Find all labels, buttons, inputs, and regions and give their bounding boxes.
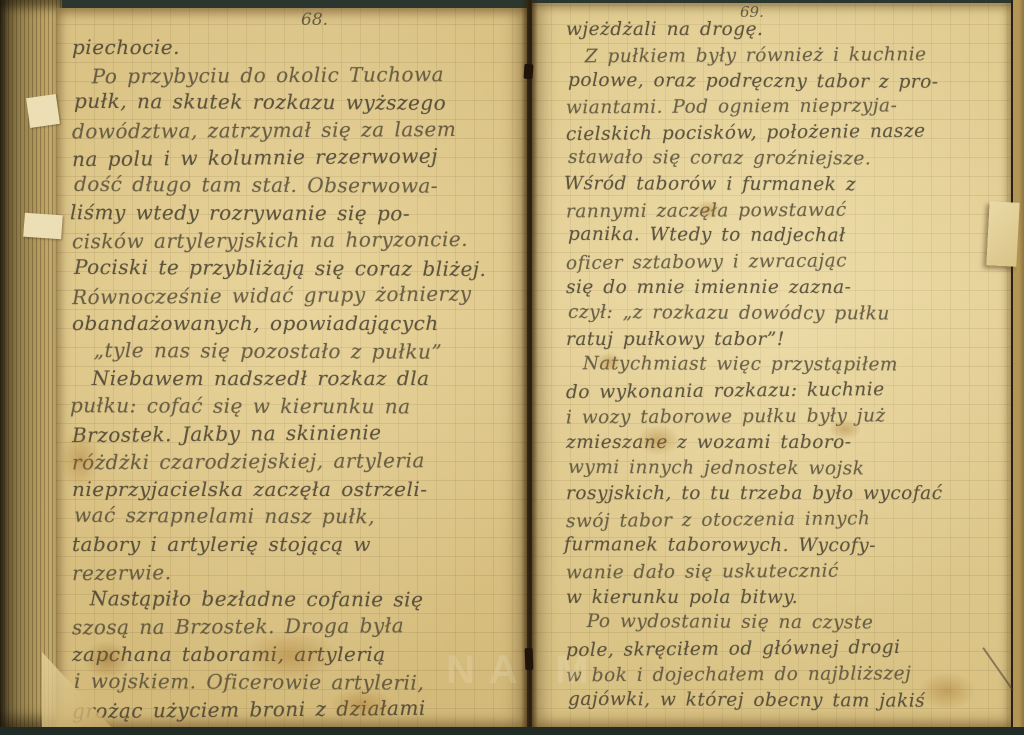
handwritten-line: piechocie. [72, 34, 527, 62]
handwritten-line: na polu i w kolumnie rezerwowej [72, 142, 527, 174]
handwritten-line: grożąc użyciem broni z działami [72, 694, 527, 726]
handwritten-line: Pociski te przybliżają się coraz bliżej. [74, 254, 527, 284]
handwritten-line: swój tabor z otoczenia innych [566, 505, 1012, 535]
right-page-edge [1011, 0, 1024, 728]
handwritten-line: dowództwa, zatrzymał się za lasem [72, 115, 527, 145]
page-number-left: 68. [301, 10, 328, 30]
handwritten-line: Natychmiast więc przystąpiłem [564, 352, 1010, 379]
handwritten-line: Po wydostaniu się na czyste [568, 609, 1012, 637]
handwritten-line: tabory i artylerię stojącą w [72, 531, 527, 559]
handwritten-line: cielskich pocisków, położenie nasze [566, 118, 1012, 148]
handwritten-line: w kierunku pola bitwy. [566, 585, 1012, 611]
handwritten-line: Po przybyciu do okolic Tuchowa [72, 60, 527, 90]
handwritten-line: dość długo tam stał. Obserwowa- [74, 171, 527, 201]
handwritten-line: do wykonania rozkazu: kuchnie [566, 376, 1012, 406]
handwritten-line: wjeżdżali na drogę. [566, 17, 1012, 43]
handwritten-line: różdżki czarodziejskiej, artyleria [72, 447, 527, 477]
handwritten-line: liśmy wtedy rozrywanie się po- [70, 199, 525, 228]
notebook-scan: 68. piechocie. Po przybyciu do okolic Tu… [0, 0, 1024, 735]
handwritten-line: wiantami. Pod ogniem nieprzyja- [566, 93, 1012, 122]
notebook-page-left: 68. piechocie. Po przybyciu do okolic Tu… [56, 8, 527, 728]
handwritten-line: wymi innych jednostek wojsk [568, 454, 1012, 482]
handwritten-line: gajówki, w której obecny tam jakiś [568, 687, 1012, 715]
page-lines-right: wjeżdżali na drogę. Z pułkiem były równi… [566, 17, 1012, 714]
handwritten-line: rannymi zaczęła powstawać [566, 196, 1012, 225]
page-lines-left: piechocie. Po przybyciu do okolic Tuchow… [72, 34, 527, 724]
paper-scrap [26, 94, 60, 128]
paper-tab [986, 201, 1019, 266]
handwritten-line: oficer sztabowy i zwracając [566, 247, 1012, 277]
handwritten-line: Z pułkiem były również i kuchnie [566, 41, 1012, 70]
handwritten-line: furmanek taborowych. Wycofy- [564, 532, 1010, 559]
handwritten-line: „tyle nas się pozostało z pułku” [74, 336, 527, 366]
handwritten-line: panika. Wtedy to nadjechał [568, 222, 1012, 250]
handwritten-line: rezerwie. [72, 556, 527, 588]
handwritten-line: nieprzyjacielska zaczęła ostrzeli- [72, 476, 527, 504]
handwritten-line: wać szrapnelami nasz pułk, [74, 502, 527, 532]
handwritten-line: obandażowanych, opowiadających [72, 310, 527, 338]
handwritten-line: Brzostek. Jakby na skinienie [72, 418, 527, 450]
handwritten-line: rosyjskich, to tu trzeba było wycofać [566, 481, 1012, 507]
handwritten-line: Równocześnie widać grupy żołnierzy [72, 280, 527, 312]
handwritten-line: się do mnie imiennie zazna- [566, 275, 1012, 301]
handwritten-line: w bok i dojechałem do najbliższej [566, 661, 1012, 690]
notebook-page-right: 69. wjeżdżali na drogę. Z pułkiem były r… [532, 3, 1012, 728]
handwritten-line: pułk, na skutek rozkazu wyższego [74, 88, 527, 118]
handwritten-line: wanie dało się uskutecznić [566, 557, 1012, 586]
handwritten-line: szosą na Brzostek. Droga była [72, 612, 527, 642]
paper-scrap [23, 213, 63, 240]
scan-bed-edge [0, 727, 1024, 735]
handwritten-line: zmieszane z wozami taboro- [566, 430, 1012, 456]
binding-stitch [523, 64, 533, 80]
book-gutter [521, 0, 538, 728]
handwritten-line: pole, skręciłem od głównej drogi [566, 634, 1012, 664]
handwritten-line: czył: „z rozkazu dowódcy pułku [568, 300, 1012, 328]
handwritten-line: cisków artyleryjskich na horyzoncie. [72, 226, 527, 256]
handwritten-line: pułku: cofać się w kierunku na [70, 392, 525, 421]
handwritten-line: polowe, oraz podręczny tabor z pro- [568, 67, 1012, 95]
handwritten-line: stawało się coraz groźniejsze. [568, 145, 1012, 173]
handwritten-line: i wozy taborowe pułku były już [566, 403, 1012, 432]
handwritten-line: ratuj pułkowy tabor”! [566, 327, 1012, 353]
handwritten-line: Wśród taborów i furmanek z [564, 171, 1010, 198]
handwritten-line: zapchana taborami, artylerią [72, 641, 527, 669]
handwritten-line: Niebawem nadszedł rozkaz dla [72, 365, 527, 393]
binding-stitch [525, 648, 534, 670]
handwritten-line: Nastąpiło bezładne cofanie się [70, 585, 525, 614]
handwritten-line: i wojskiem. Oficerowie artylerii, [74, 667, 527, 697]
